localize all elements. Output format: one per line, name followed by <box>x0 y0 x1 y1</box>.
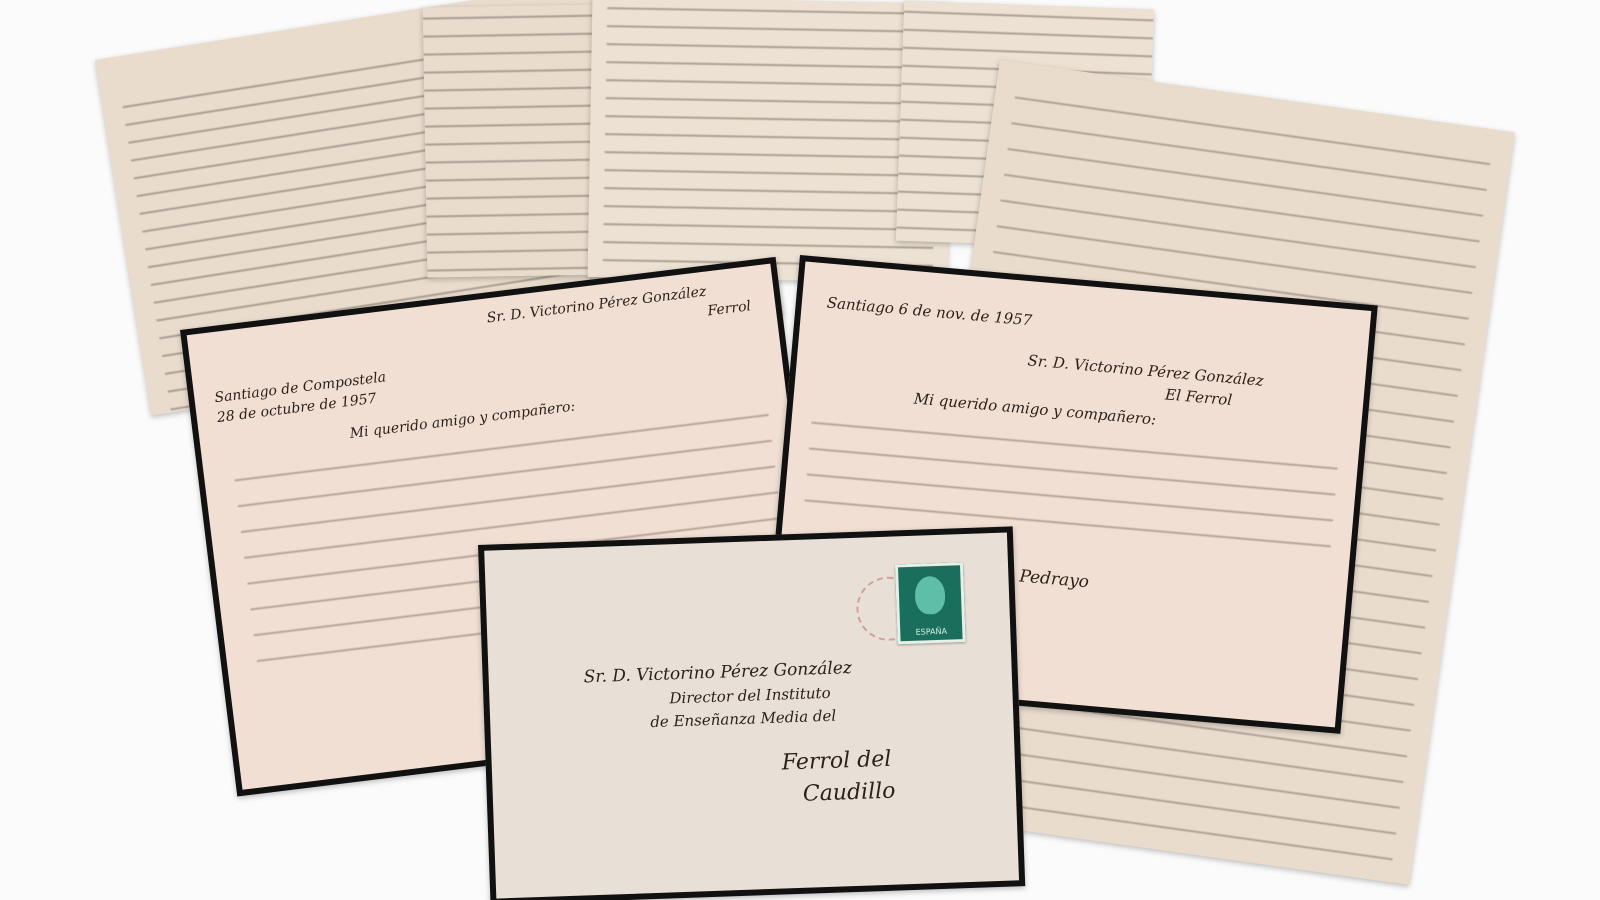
envelope-city-line1: Ferrol del <box>781 747 891 776</box>
stamp-label: ESPAÑA <box>900 626 962 637</box>
postage-stamp: ESPAÑA <box>895 562 966 644</box>
stamp-portrait-icon <box>914 576 945 615</box>
envelope-recipient-line1: Sr. D. Victorino Pérez González <box>583 658 852 687</box>
envelope-city-line2: Caudillo <box>802 779 895 807</box>
letter-right-addressee: Sr. D. Victorino Pérez González <box>1027 351 1264 390</box>
envelope: ESPAÑA Sr. D. Victorino Pérez González D… <box>478 526 1025 900</box>
letter-right-place-date: Santiago 6 de nov. de 1957 <box>826 294 1033 330</box>
letter-left-addressee: Sr. D. Victorino Pérez González <box>486 284 707 327</box>
handwriting-block <box>603 0 938 283</box>
letter-right-addressee-city: El Ferrol <box>1164 385 1232 409</box>
letter-left-addressee-city: Ferrol <box>707 298 752 319</box>
envelope-recipient-line2: Director del Instituto <box>669 684 831 708</box>
envelope-recipient-line3: de Enseñanza Media del <box>650 707 836 731</box>
